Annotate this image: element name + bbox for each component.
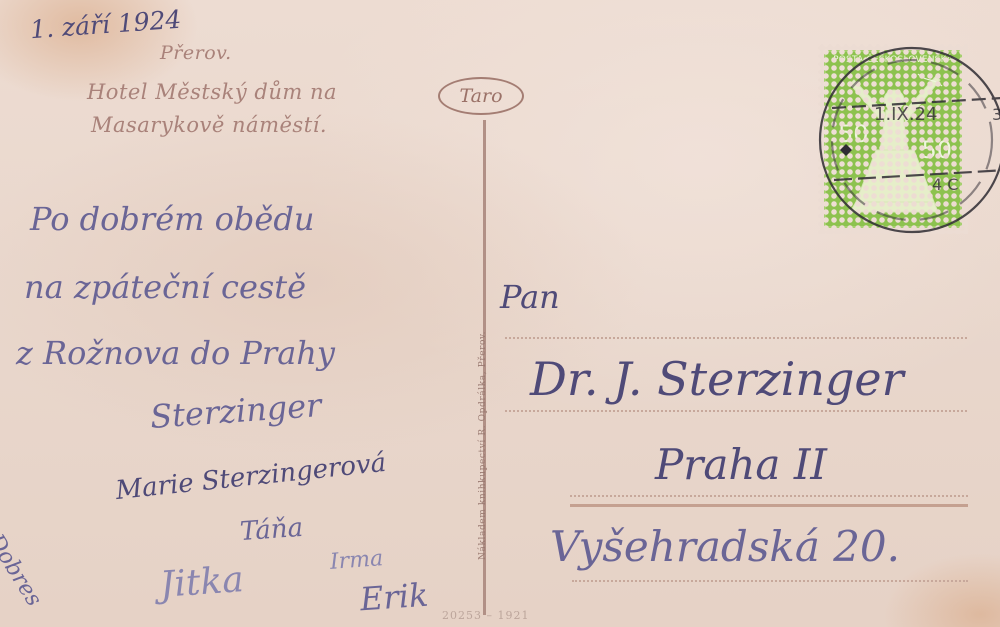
svg-text:3: 3 xyxy=(992,105,1000,124)
message-line-2: na zpáteční cestě xyxy=(24,268,306,306)
address-rule-2 xyxy=(505,410,967,412)
address-street: Vyšehradská 20. xyxy=(550,522,900,571)
address-recipient: Dr. J. Sterzinger xyxy=(530,352,904,406)
publisher-logo-text: Taro xyxy=(459,85,502,107)
stamp-face: POŠTA ČESKOSLOVENSKÁ 50 50 xyxy=(824,50,962,228)
publisher-logo: Taro xyxy=(438,77,524,115)
address-city: Praha II xyxy=(655,440,827,489)
handwritten-date: 1. září 1924 xyxy=(29,5,182,44)
signature-sterzinger: Sterzinger xyxy=(149,386,323,436)
signature-erik: Erik xyxy=(359,576,430,619)
publisher-imprint: Nákladem knihkupectví R. Opdrálka, Přero… xyxy=(478,331,488,560)
message-line-1: Po dobrém obědu xyxy=(30,200,314,238)
address-rule-1 xyxy=(505,337,967,339)
signature-irma: Irma xyxy=(329,546,384,575)
printed-caption-line2: Masarykově náměstí. xyxy=(74,113,344,137)
address-rule-city-underline xyxy=(570,504,968,507)
message-line-3: z Rožnova do Prahy xyxy=(16,334,335,372)
address-rule-3 xyxy=(570,495,968,497)
printed-caption-line1: Hotel Městský dům na xyxy=(62,80,362,104)
signature-tana: Táňa xyxy=(239,513,304,547)
address-salutation: Pan xyxy=(500,278,560,316)
postage-stamp: POŠTA ČESKOSLOVENSKÁ 50 50 xyxy=(818,44,968,234)
print-number: 20253 – 1921 xyxy=(442,609,529,622)
postcard-back: 1. září 1924 Přerov. Hotel Městský dům n… xyxy=(0,0,1000,627)
signature-jitka: Jitka xyxy=(159,559,245,606)
margin-note: Dobres xyxy=(0,530,46,611)
signature-marie: Marie Sterzingerová xyxy=(114,448,387,506)
printed-city: Přerov. xyxy=(160,42,232,64)
stamp-value-left: 50 xyxy=(838,120,869,148)
stamp-value-right: 50 xyxy=(921,136,952,164)
address-rule-4 xyxy=(572,580,968,582)
